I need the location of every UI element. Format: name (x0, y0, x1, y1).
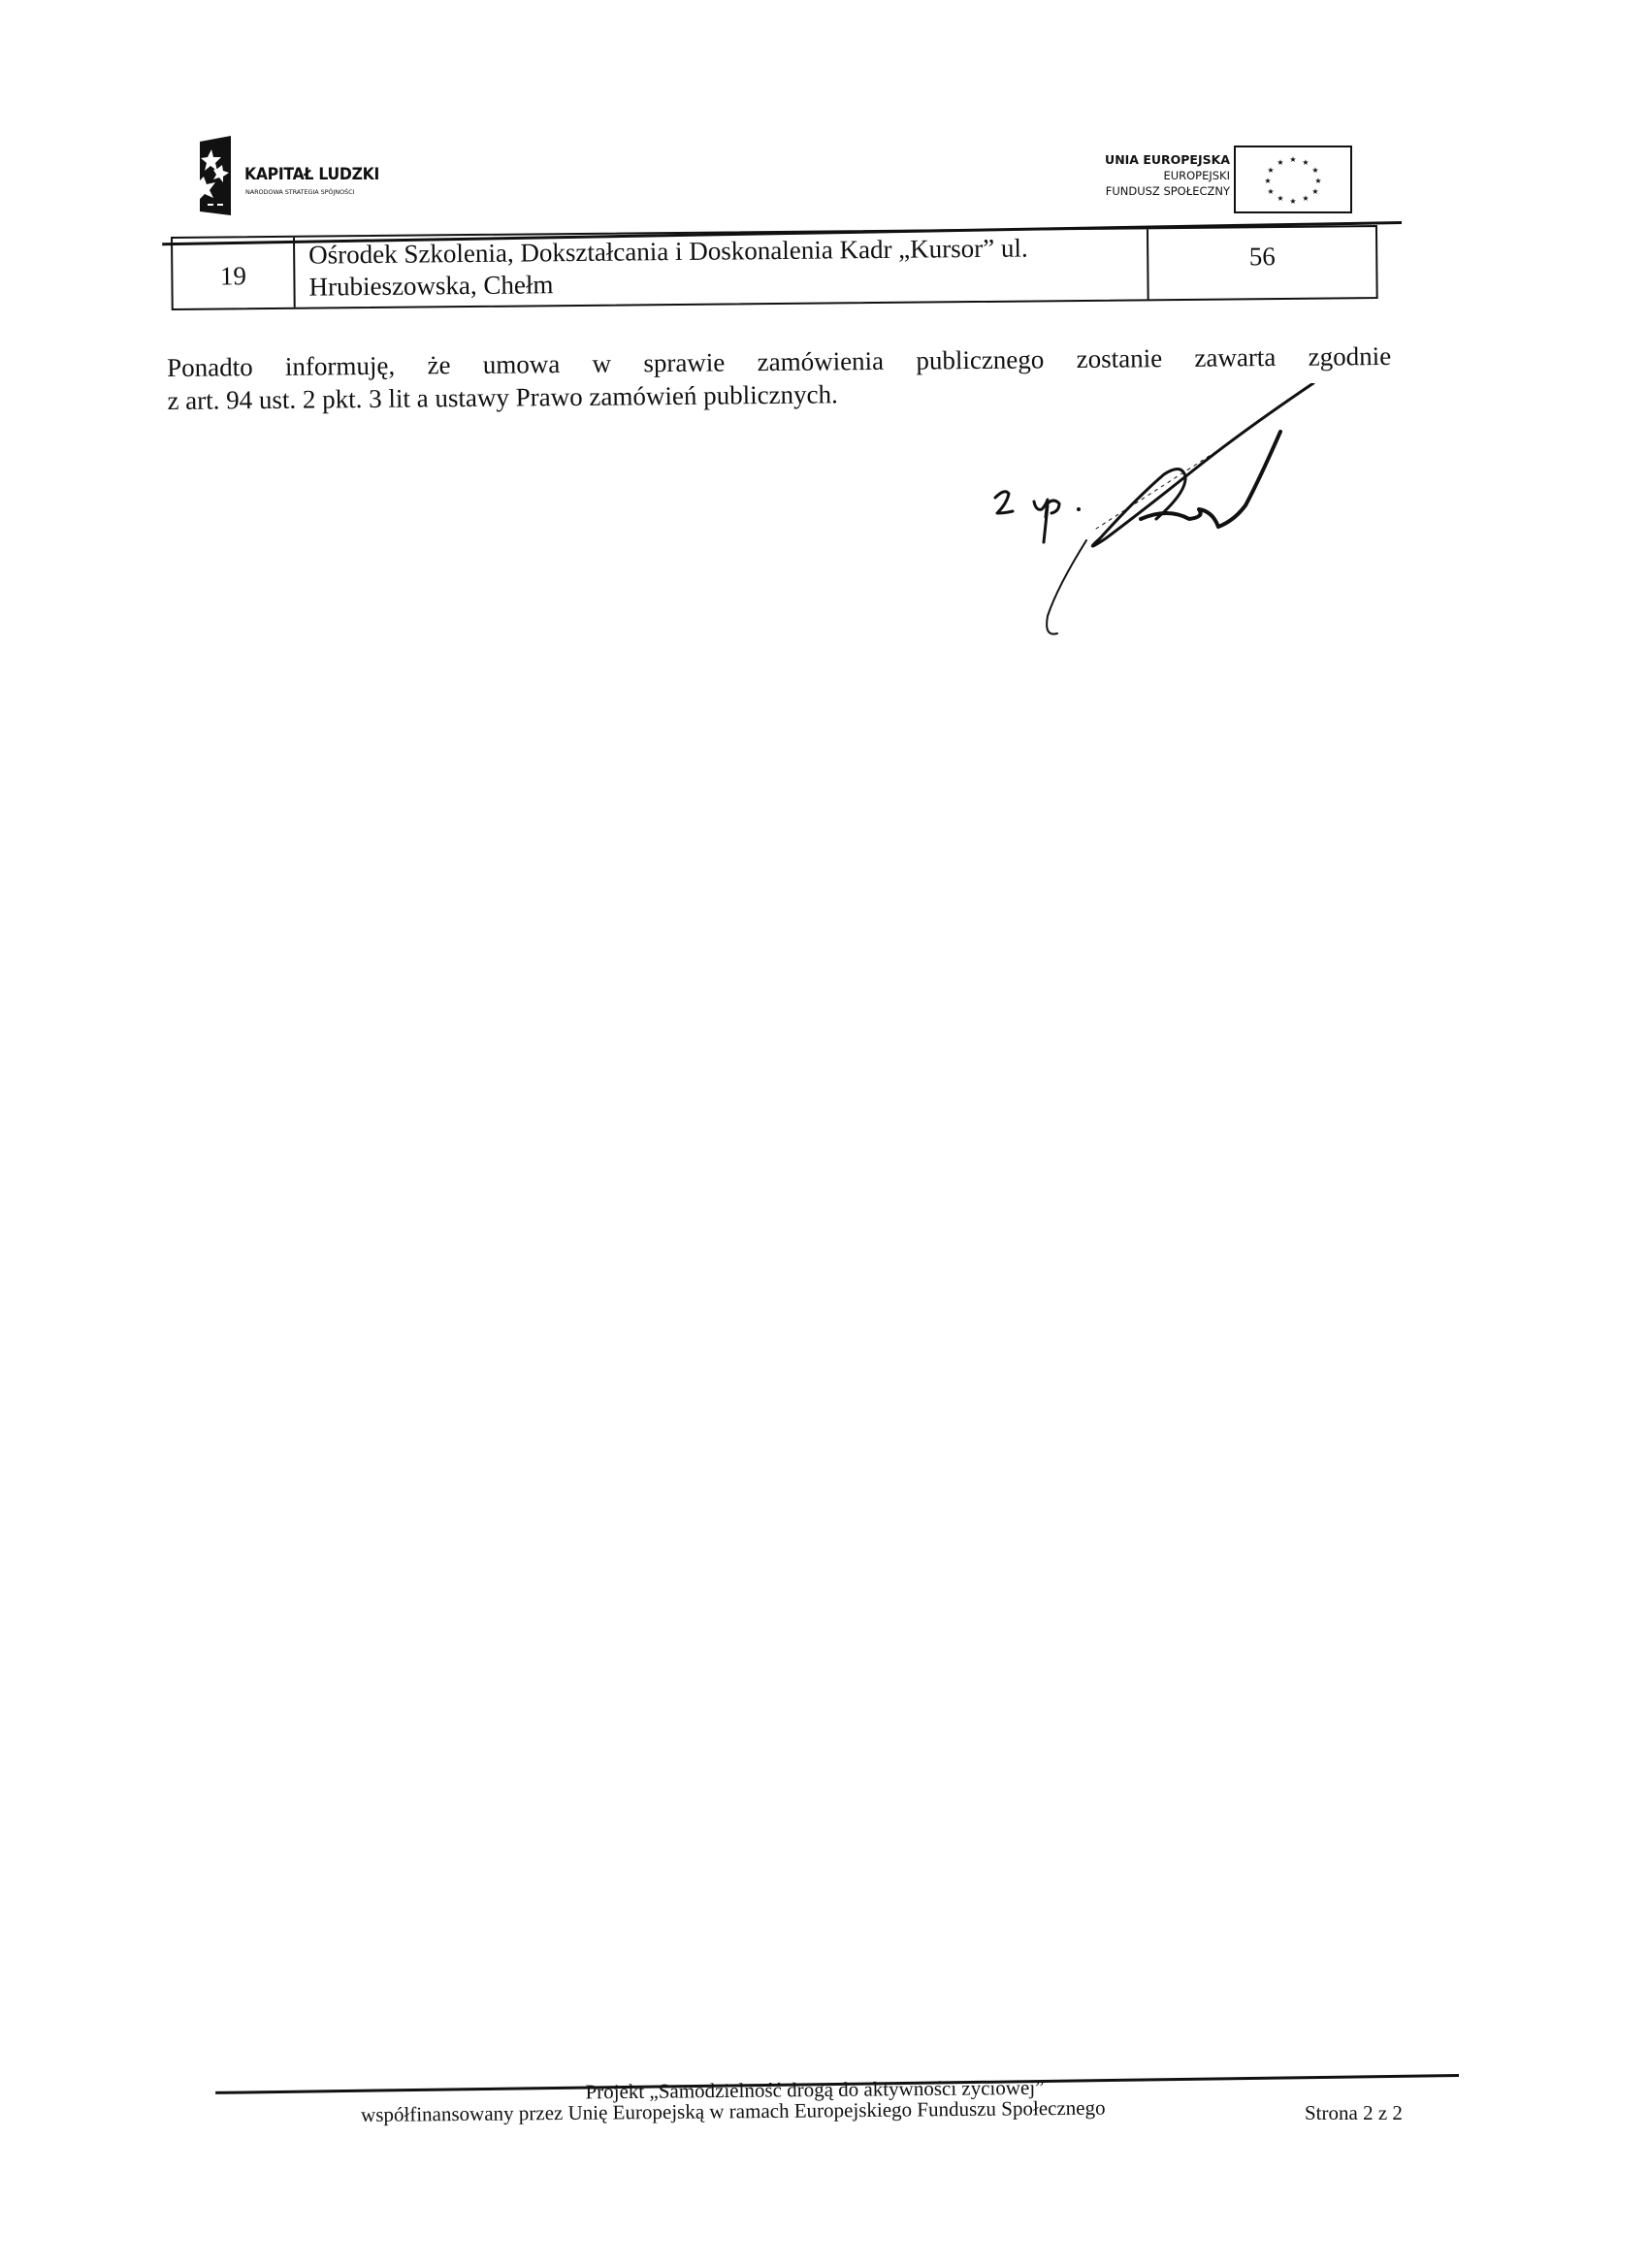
row-score: 56 (1148, 227, 1376, 299)
eu-line1: UNIA EUROPEJSKA (1105, 152, 1230, 168)
eu-flag-icon: ★ ★ ★ ★ ★ ★ ★ ★ ★ ★ ★ ★ (1234, 146, 1352, 213)
svg-text:★: ★ (1267, 187, 1274, 196)
row-organization-line2: Hrubieszowska, Chełm (308, 263, 1147, 303)
svg-text:★: ★ (1289, 197, 1296, 206)
handwritten-signature (951, 383, 1358, 664)
svg-text:★: ★ (1302, 158, 1309, 167)
svg-text:★: ★ (1311, 187, 1318, 196)
table-row: 19 Ośrodek Szkolenia, Dokształcania i Do… (171, 225, 1378, 310)
svg-text:★: ★ (1277, 158, 1283, 167)
svg-text:★: ★ (1289, 155, 1296, 164)
svg-text:★: ★ (1314, 177, 1321, 185)
row-organization: Ośrodek Szkolenia, Dokształcania i Dosko… (295, 229, 1149, 307)
svg-text:★: ★ (1277, 194, 1283, 203)
svg-text:★: ★ (1267, 166, 1274, 175)
kapital-ludzki-subtitle: NARODOWA STRATEGIA SPÓJNOŚCI (245, 188, 354, 196)
eu-line3: FUNDUSZ SPOŁECZNY (1105, 183, 1230, 199)
svg-text:★: ★ (1264, 177, 1271, 185)
svg-text:★: ★ (1311, 166, 1318, 175)
kapital-ludzki-flag-icon (194, 136, 231, 215)
row-number: 19 (173, 238, 296, 308)
kapital-ludzki-title: KAPITAŁ LUDZKI (244, 165, 379, 184)
svg-text:★: ★ (1302, 194, 1309, 203)
eu-line2: EUROPEJSKI (1105, 168, 1230, 183)
page-number: Strona 2 z 2 (1305, 2101, 1403, 2125)
eu-logo-text: UNIA EUROPEJSKA EUROPEJSKI FUNDUSZ SPOŁE… (1105, 152, 1230, 199)
